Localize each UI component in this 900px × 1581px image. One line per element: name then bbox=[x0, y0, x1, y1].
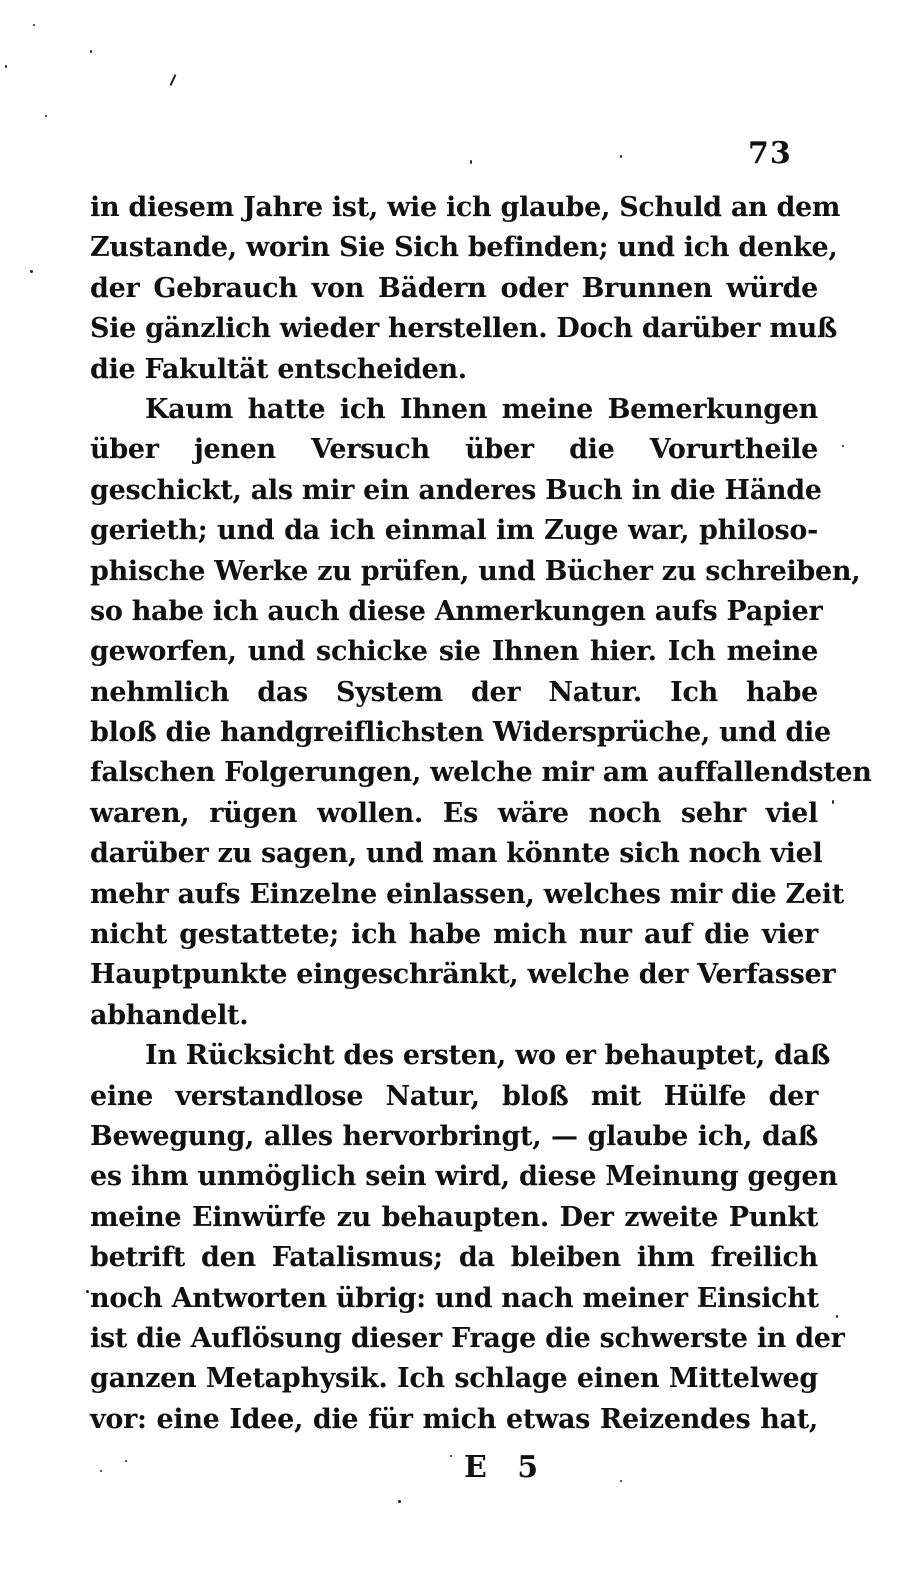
text-line: darüber zu sagen, und man könnte sich no… bbox=[90, 834, 818, 874]
text-line: vor: eine Idee, die für mich etwas Reize… bbox=[90, 1400, 818, 1440]
text-line: falschen Folgerungen, welche mir am auff… bbox=[90, 753, 818, 793]
text-line: die Fakultät entscheiden. bbox=[90, 350, 818, 390]
scan-speck bbox=[90, 50, 92, 53]
text-line: ganzen Metaphysik. Ich schlage einen Mit… bbox=[90, 1359, 818, 1399]
book-page: 73 in diesem Jahre ist, wie ich glaube, … bbox=[0, 0, 900, 1581]
text-line: Zustande, worin Sie Sich befinden; und i… bbox=[90, 228, 818, 268]
text-line: ist die Auflösung dieser Frage die schwe… bbox=[90, 1319, 818, 1359]
scan-speck bbox=[100, 1470, 102, 1472]
text-line: noch Antworten übrig: und nach meiner Ei… bbox=[90, 1279, 818, 1319]
text-line: über jenen Versuch über die Vorurtheile bbox=[90, 430, 818, 470]
scan-speck bbox=[45, 115, 47, 117]
scan-speck bbox=[620, 155, 622, 158]
scan-speck bbox=[832, 800, 834, 804]
signature-mark: E 5 bbox=[464, 1450, 548, 1485]
page-number: 73 bbox=[748, 136, 792, 171]
text-line: Bewegung, alles hervorbringt, — glaube i… bbox=[90, 1117, 818, 1157]
scan-speck bbox=[125, 1460, 127, 1462]
text-line: so habe ich auch diese Anmerkungen aufs … bbox=[90, 592, 818, 632]
scan-speck bbox=[842, 445, 844, 447]
text-line: eine verstandlose Natur, bloß mit Hülfe … bbox=[90, 1077, 818, 1117]
text-line: Kaum hatte ich Ihnen meine Bemerkungen bbox=[90, 390, 818, 430]
scan-speck bbox=[398, 1500, 401, 1503]
text-line: der Gebrauch von Bädern oder Brunnen wür… bbox=[90, 269, 818, 309]
body-text: in diesem Jahre ist, wie ich glaube, Sch… bbox=[90, 188, 818, 1440]
text-line: gerieth; und da ich einmal im Zuge war, … bbox=[90, 511, 818, 551]
text-line: abhandelt. bbox=[90, 996, 818, 1036]
scan-speck bbox=[30, 270, 33, 273]
text-line: nicht gestattete; ich habe mich nur auf … bbox=[90, 915, 818, 955]
text-line: betrift den Fatalismus; da bleiben ihm f… bbox=[90, 1238, 818, 1278]
scan-speck bbox=[33, 24, 35, 26]
text-line: meine Einwürfe zu behaupten. Der zweite … bbox=[90, 1198, 818, 1238]
text-line: geschickt, als mir ein anderes Buch in d… bbox=[90, 471, 818, 511]
scan-speck bbox=[450, 1455, 452, 1457]
scan-speck bbox=[620, 1480, 622, 1482]
scan-speck bbox=[5, 65, 7, 68]
scan-speck bbox=[170, 74, 177, 86]
text-line: in diesem Jahre ist, wie ich glaube, Sch… bbox=[90, 188, 818, 228]
text-line: es ihm unmöglich sein wird, diese Meinun… bbox=[90, 1157, 818, 1197]
text-line: phische Werke zu prüfen, und Bücher zu s… bbox=[90, 552, 818, 592]
text-line: geworfen, und schicke sie Ihnen hier. Ic… bbox=[90, 632, 818, 672]
scan-speck bbox=[86, 1290, 89, 1293]
scan-speck bbox=[836, 1315, 838, 1318]
text-line: mehr aufs Einzelne einlassen, welches mi… bbox=[90, 875, 818, 915]
text-line: waren, rügen wollen. Es wäre noch sehr v… bbox=[90, 794, 818, 834]
scan-speck bbox=[470, 160, 472, 164]
text-line: bloß die handgreiflichsten Widersprüche,… bbox=[90, 713, 818, 753]
text-line: Sie gänzlich wieder herstellen. Doch dar… bbox=[90, 309, 818, 349]
text-line: Hauptpunkte eingeschränkt, welche der Ve… bbox=[90, 955, 818, 995]
text-line: nehmlich das System der Natur. Ich habe bbox=[90, 673, 818, 713]
text-line: In Rücksicht des ersten, wo er behauptet… bbox=[90, 1036, 818, 1076]
